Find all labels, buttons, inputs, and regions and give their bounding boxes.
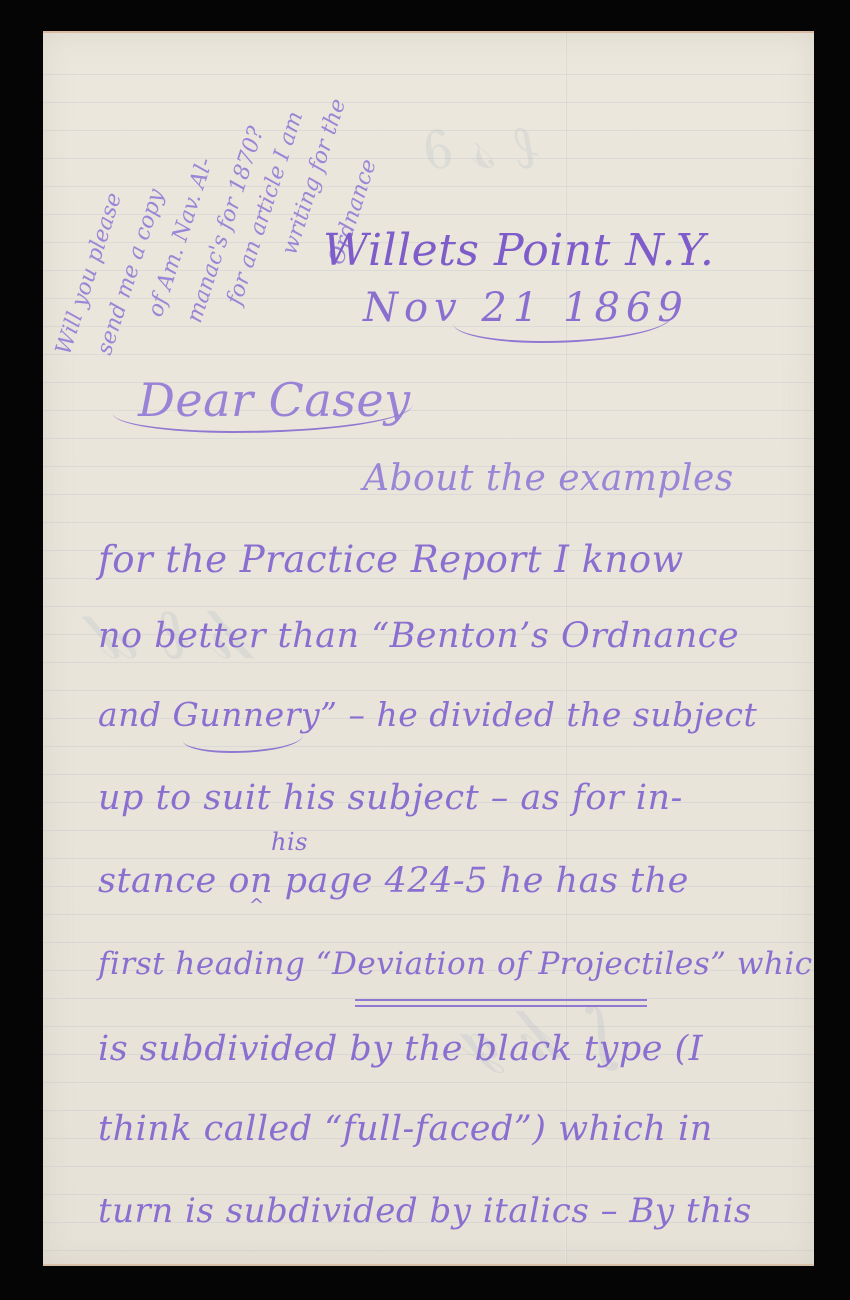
body-line: turn is subdivided by italics – By this: [98, 1191, 752, 1231]
body-line: think called “full-faced”) which in: [98, 1109, 713, 1149]
projectiles-double-underline: [355, 999, 647, 1007]
body-line: no better than “Benton’s Ordnance: [98, 616, 739, 656]
letter-place: Willets Point N.Y.: [323, 225, 714, 276]
interlinear-insertion: his: [271, 828, 308, 856]
body-line: is subdivided by the black type (I: [98, 1029, 703, 1069]
body-line: About the examples: [363, 458, 734, 499]
bleed-through: ℓ 𝓈 ∂: [423, 113, 539, 183]
body-line: up to suit his subject – as for in-: [98, 778, 683, 818]
body-line: first heading “Deviation of Projectiles”…: [98, 946, 814, 982]
body-line: stance on page 424-5 he has the: [98, 861, 689, 901]
letter-page: ℓ 𝓈 ∂ 𝒽 ℓ 𝒹 ∫ 𝓀 ℊ Will you please send m…: [43, 31, 814, 1266]
body-line: for the Practice Report I know: [98, 538, 684, 581]
